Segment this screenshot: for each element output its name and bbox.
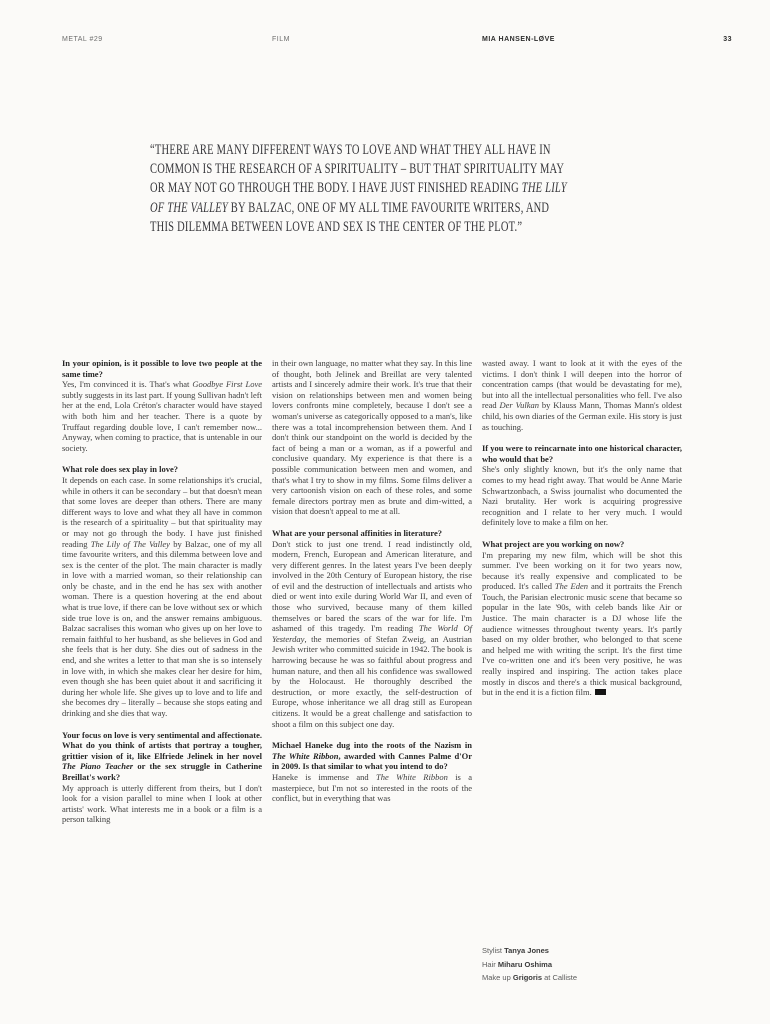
text-segment: Stylist — [482, 946, 504, 955]
text-segment: In your opinion, is it possible to love … — [62, 358, 262, 379]
credit-line: Hair Miharu Oshima — [482, 958, 577, 972]
pull-quote-line: OR MAY NOT GO THROUGH THE BODY. I HAVE J… — [150, 179, 567, 198]
text-segment: BY BALZAC, ONE OF MY ALL TIME FAVOURITE … — [228, 200, 549, 216]
credit-line: Stylist Tanya Jones — [482, 944, 577, 958]
italic-title-text: The Eden — [555, 581, 588, 591]
text-segment: “THERE ARE MANY DIFFERENT WAYS TO LOVE A… — [150, 142, 551, 158]
text-segment: If you were to reincarnate into one hist… — [482, 443, 682, 464]
pull-quote-line: COMMON IS THE RESEARCH OF A SPIRITUALITY… — [150, 160, 567, 179]
credit-line: Make up Grigoris at Calliste — [482, 971, 577, 985]
interview-answer: I'm preparing my new film, which will be… — [482, 550, 682, 698]
interview-answer: It depends on each case. In some relatio… — [62, 475, 262, 719]
pull-quote-line: OF THE VALLEY BY BALZAC, ONE OF MY ALL T… — [150, 199, 567, 218]
text-segment: COMMON IS THE RESEARCH OF A SPIRITUALITY… — [150, 161, 564, 177]
italic-title-text: Der Vulkan — [500, 400, 540, 410]
interview-question: What project are you working on now? — [482, 539, 682, 550]
text-segment: It depends on each case. In some relatio… — [62, 475, 262, 549]
interview-answer: She's only slightly known, but it's the … — [482, 464, 682, 528]
interview-question: What are your personal affinities in lit… — [272, 528, 472, 539]
text-segment: at Calliste — [542, 973, 577, 982]
pull-quote-line: “THERE ARE MANY DIFFERENT WAYS TO LOVE A… — [150, 141, 567, 160]
text-segment: THIS DILEMMA BETWEEN LOVE AND SEX IS THE… — [150, 219, 522, 235]
header-magazine-title: METAL #29 — [62, 36, 103, 43]
text-segment: Don't stick to just one trend. I read in… — [272, 539, 472, 634]
text-segment: She's only slightly known, but it's the … — [482, 464, 682, 527]
bold-name-text: Tanya Jones — [504, 946, 549, 955]
interview-question: In your opinion, is it possible to love … — [62, 358, 262, 379]
interview-answer: in their own language, no matter what th… — [272, 358, 472, 517]
pull-quote: “THERE ARE MANY DIFFERENT WAYS TO LOVE A… — [150, 141, 713, 237]
text-segment: What role does sex play in love? — [62, 464, 178, 474]
text-segment: What are your personal affinities in lit… — [272, 528, 442, 538]
text-segment: Haneke is immense and — [272, 772, 376, 782]
column-2: in their own language, no matter what th… — [272, 358, 472, 804]
bold-name-text: Miharu Oshima — [498, 960, 552, 969]
text-segment: Michael Haneke dug into the roots of the… — [272, 740, 472, 750]
interview-answer: Don't stick to just one trend. I read in… — [272, 539, 472, 730]
interview-question: If you were to reincarnate into one hist… — [482, 443, 682, 464]
italic-title-text: The Piano Teacher — [62, 761, 133, 771]
pull-quote-lines: “THERE ARE MANY DIFFERENT WAYS TO LOVE A… — [150, 141, 567, 237]
text-segment: by Balzac, one of my all time favourite … — [62, 539, 262, 719]
italic-title-text: The White Ribbon — [272, 751, 338, 761]
interview-answer: My approach is utterly different from th… — [62, 783, 262, 825]
column-1: In your opinion, is it possible to love … — [62, 358, 262, 825]
text-segment: My approach is utterly different from th… — [62, 783, 262, 825]
article-end-mark — [595, 689, 606, 695]
magazine-page: METAL #29 FILM MIA HANSEN-LØVE 33 “THERE… — [0, 0, 770, 1024]
bold-name-text: Grigoris — [513, 973, 542, 982]
italic-title-text: Goodbye First Love — [192, 379, 262, 389]
text-segment: in their own language, no matter what th… — [272, 358, 472, 516]
header-section-label: FILM — [272, 36, 290, 43]
text-segment: subtly suggests in its last part. If you… — [62, 390, 262, 453]
italic-title-text: THE LILY — [522, 180, 567, 196]
italic-title-text: The White Ribbon — [376, 772, 448, 782]
text-segment: Yes, I'm convinced it is. That's what — [62, 379, 192, 389]
text-segment: OR MAY NOT GO THROUGH THE BODY. I HAVE J… — [150, 180, 522, 196]
pull-quote-line: THIS DILEMMA BETWEEN LOVE AND SEX IS THE… — [150, 218, 567, 237]
column-3: wasted away. I want to look at it with t… — [482, 358, 682, 698]
interview-answer: wasted away. I want to look at it with t… — [482, 358, 682, 432]
header-page-number: 33 — [723, 36, 732, 43]
text-segment: Your focus on love is very sentimental a… — [62, 730, 262, 761]
interview-question: Michael Haneke dug into the roots of the… — [272, 740, 472, 772]
text-segment: Hair — [482, 960, 498, 969]
interview-answer: Yes, I'm convinced it is. That's what Go… — [62, 379, 262, 453]
header-subject-name: MIA HANSEN-LØVE — [482, 36, 555, 43]
text-segment: Make up — [482, 973, 513, 982]
text-segment: What project are you working on now? — [482, 539, 624, 549]
italic-title-text: OF THE VALLEY — [150, 200, 228, 216]
interview-answer: Haneke is immense and The White Ribbon i… — [272, 772, 472, 804]
text-segment: and it portraits the French Touch, the P… — [482, 581, 682, 697]
credits-block: Stylist Tanya JonesHair Miharu OshimaMak… — [482, 944, 577, 985]
text-segment: , the memories of Stefan Zweig, an Austr… — [272, 634, 472, 729]
italic-title-text: The Lily of The Valley — [91, 539, 170, 549]
interview-question: Your focus on love is very sentimental a… — [62, 730, 262, 783]
interview-question: What role does sex play in love? — [62, 464, 262, 475]
